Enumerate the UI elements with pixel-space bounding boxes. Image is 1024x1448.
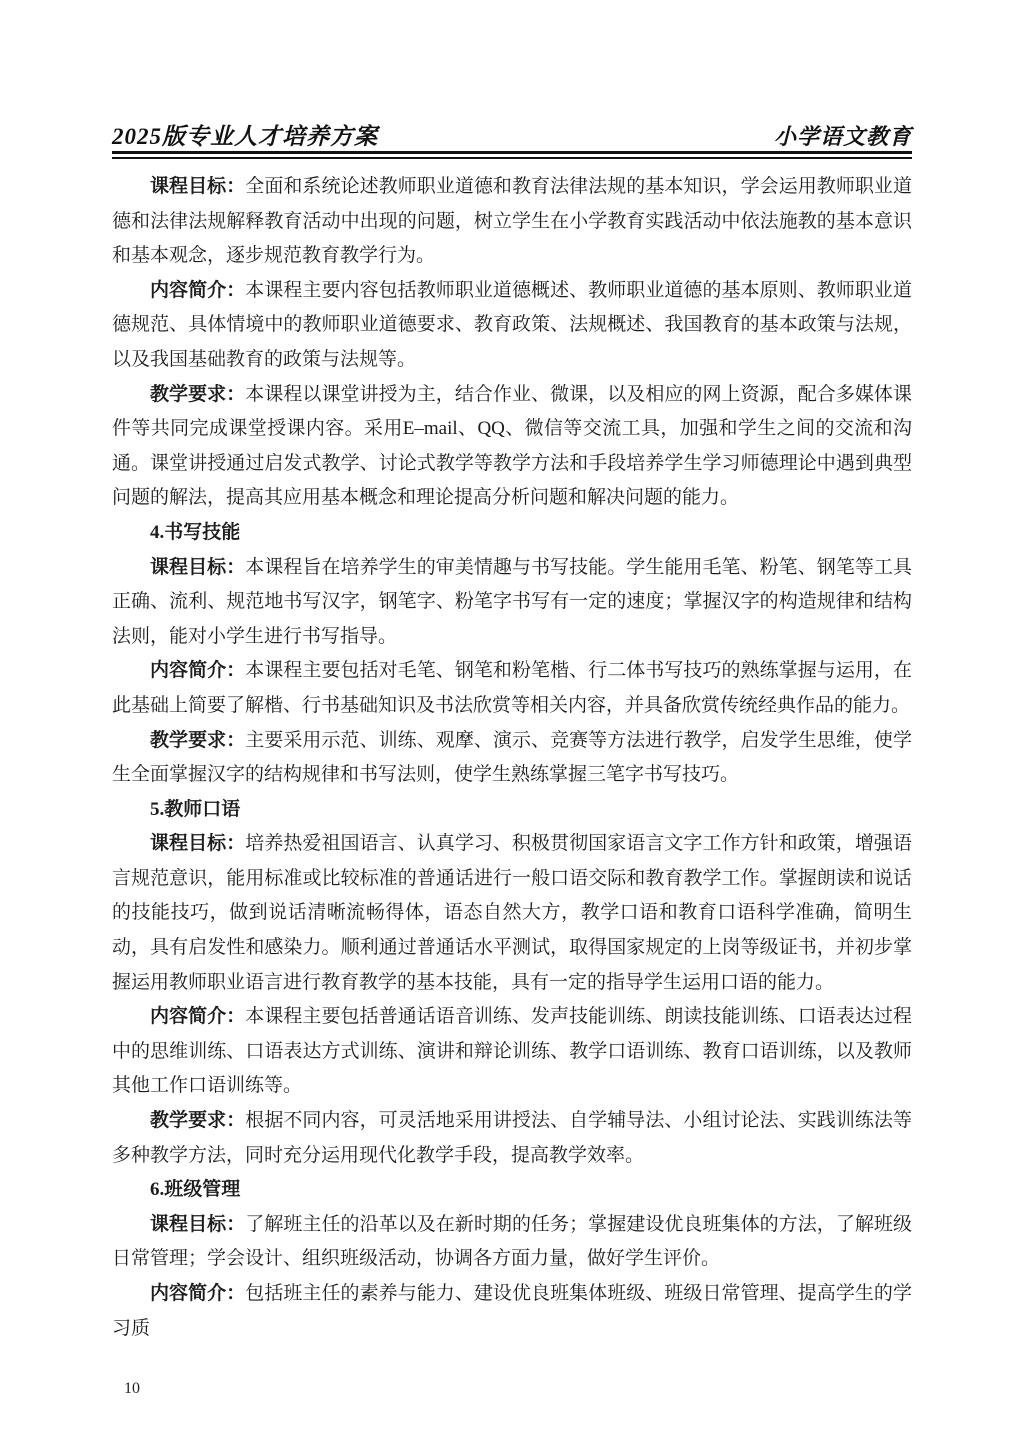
paragraph: 内容简介：包括班主任的素养与能力、建设优良班集体班级、班级日常管理、提高学生的学… — [112, 1277, 912, 1346]
paragraph: 教学要求：根据不同内容，可灵活地采用讲授法、自学辅导法、小组讨论法、实践训练法等… — [112, 1104, 912, 1173]
paragraph: 内容简介：本课程主要包括对毛笔、钢笔和粉笔楷、行二体书写技巧的熟练掌握与运用，在… — [112, 654, 912, 723]
paragraph-label: 课程目标： — [150, 833, 245, 854]
paragraph-label: 教学要求： — [150, 384, 245, 405]
paragraph-label: 教学要求： — [150, 730, 245, 751]
paragraph-label: 教学要求： — [150, 1110, 245, 1131]
document-body: 课程目标：全面和系统论述教师职业道德和教育法律法规的基本知识，学会运用教师职业道… — [112, 170, 912, 1346]
paragraph-label: 课程目标： — [150, 557, 245, 578]
paragraph-text: 培养热爱祖国语言、认真学习、积极贯彻国家语言文字工作方针和政策，增强语言规范意识… — [112, 833, 912, 992]
paragraph: 课程目标：培养热爱祖国语言、认真学习、积极贯彻国家语言文字工作方针和政策，增强语… — [112, 827, 912, 1000]
paragraph: 课程目标：全面和系统论述教师职业道德和教育法律法规的基本知识，学会运用教师职业道… — [112, 170, 912, 274]
section-heading: 6.班级管理 — [112, 1173, 912, 1208]
header-right-title: 小学语文教育 — [774, 120, 912, 151]
header-divider-rule — [112, 151, 912, 159]
paragraph-label: 内容简介： — [150, 280, 245, 301]
header-left-title: 2025版专业人才培养方案 — [112, 118, 378, 151]
paragraph-label: 内容简介： — [150, 1283, 245, 1304]
paragraph-label: 课程目标： — [150, 1214, 245, 1235]
paragraph: 内容简介：本课程主要内容包括教师职业道德概述、教师职业道德的基本原则、教师职业道… — [112, 274, 912, 378]
paragraph: 内容简介：本课程主要包括普通话语音训练、发声技能训练、朗读技能训练、口语表达过程… — [112, 1000, 912, 1104]
paragraph: 课程目标：了解班主任的沿革以及在新时期的任务；掌握建设优良班集体的方法，了解班级… — [112, 1208, 912, 1277]
page-number: 10 — [124, 1380, 140, 1398]
paragraph-label: 内容简介： — [150, 1006, 245, 1027]
paragraph-label: 课程目标： — [150, 176, 245, 197]
page-header: 2025版专业人才培养方案 小学语文教育 — [112, 118, 912, 151]
paragraph-label: 内容简介： — [150, 660, 245, 681]
paragraph: 课程目标：本课程旨在培养学生的审美情趣与书写技能。学生能用毛笔、粉笔、钢笔等工具… — [112, 551, 912, 655]
section-heading: 5.教师口语 — [112, 793, 912, 828]
document-page: 2025版专业人才培养方案 小学语文教育 课程目标：全面和系统论述教师职业道德和… — [0, 0, 1024, 1448]
paragraph: 教学要求：主要采用示范、训练、观摩、演示、竞赛等方法进行教学，启发学生思维，使学… — [112, 724, 912, 793]
paragraph: 教学要求：本课程以课堂讲授为主，结合作业、微课，以及相应的网上资源，配合多媒体课… — [112, 378, 912, 516]
section-heading: 4.书写技能 — [112, 516, 912, 551]
